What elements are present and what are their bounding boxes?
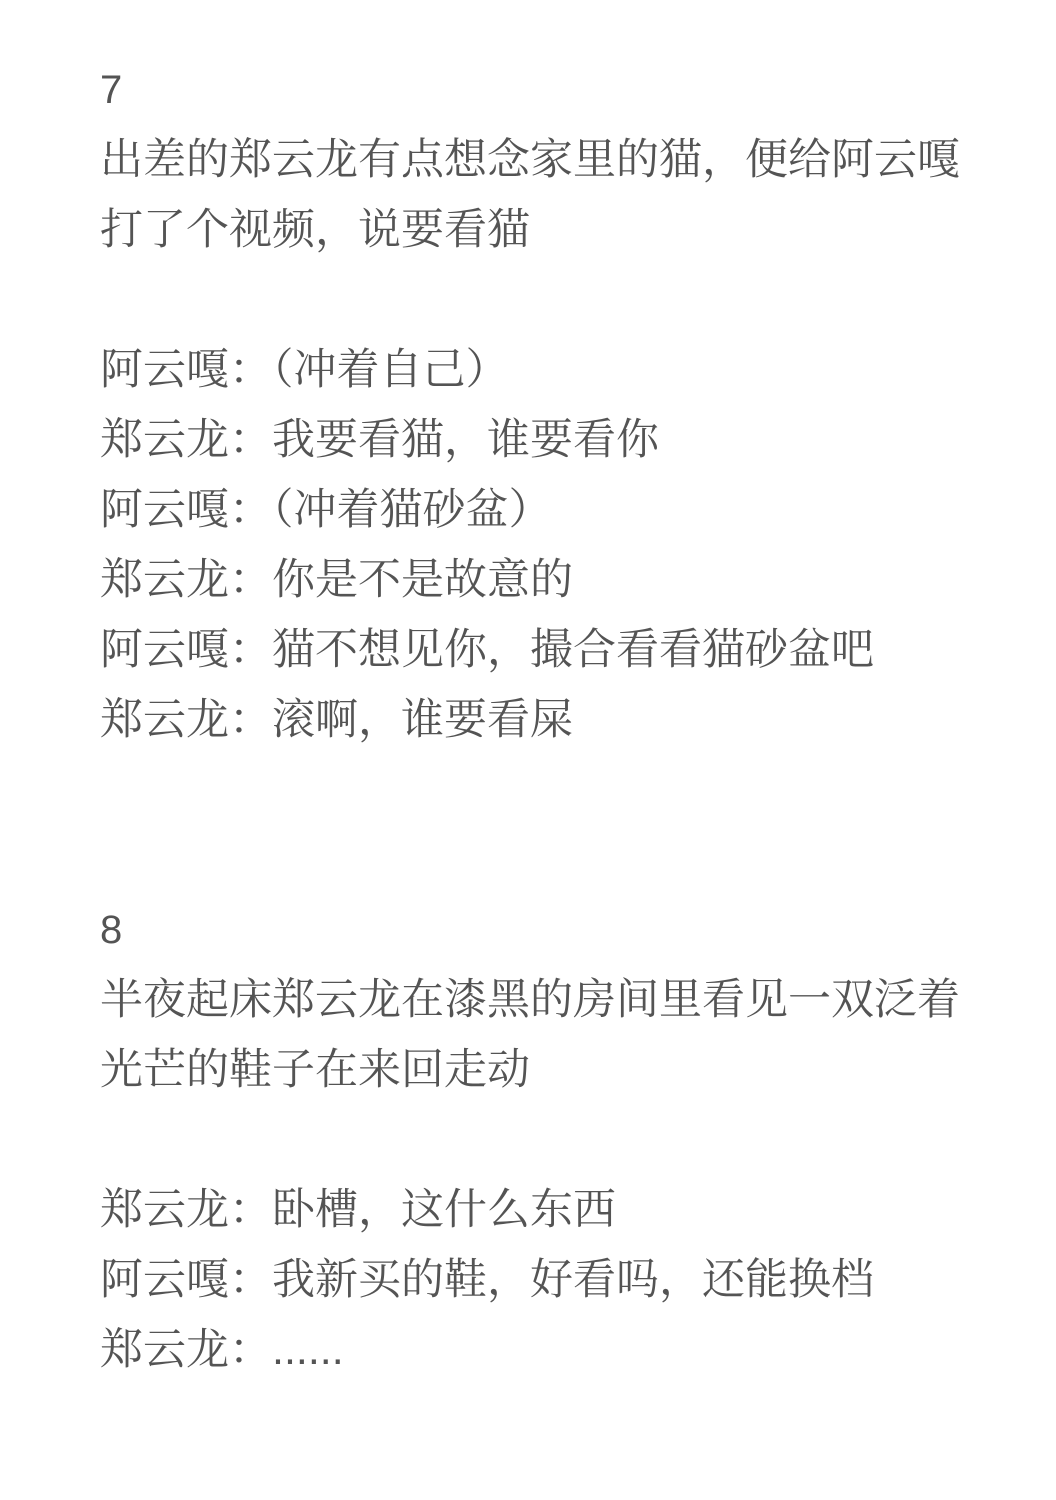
speaker-name: 郑云龙: [100, 416, 229, 464]
dialogue-line: 阿云嘎：我新买的鞋，好看吗，还能换档: [100, 1245, 1016, 1315]
dialogue-line: 郑云龙：卧槽，这什么东西: [100, 1175, 1016, 1245]
narration-line: 打了个视频，说要看猫: [100, 195, 1016, 265]
dialogue-line: 郑云龙：你是不是故意的: [100, 545, 1016, 615]
speaker-colon: ：: [229, 346, 272, 394]
section-number: 7: [100, 55, 1016, 125]
dialogue-text: 卧槽，这什么东西: [272, 1186, 616, 1234]
speaker-name: 郑云龙: [100, 1326, 229, 1374]
speaker-name: 阿云嘎: [100, 486, 229, 534]
speaker-colon: ：: [229, 416, 272, 464]
dialogue-text: （冲着猫砂盆）: [272, 486, 552, 534]
dialogue-text: （冲着自己）: [272, 346, 509, 394]
dialogue-line: 阿云嘎：猫不想见你，撮合看看猫砂盆吧: [100, 615, 1016, 685]
story-section-8: 8 半夜起床郑云龙在漆黑的房间里看见一双泛着 光芒的鞋子在来回走动 郑云龙：卧槽…: [100, 895, 1016, 1385]
narration-line: 出差的郑云龙有点想念家里的猫，便给阿云嘎: [100, 125, 1016, 195]
speaker-colon: ：: [229, 696, 272, 744]
narration-line: 光芒的鞋子在来回走动: [100, 1035, 1016, 1105]
speaker-name: 阿云嘎: [100, 626, 229, 674]
blank-line: [100, 1105, 1016, 1175]
blank-line: [100, 265, 1016, 335]
dialogue-text: 猫不想见你，撮合看看猫砂盆吧: [272, 626, 874, 674]
dialogue-text: 我新买的鞋，好看吗，还能换档: [272, 1256, 874, 1304]
speaker-colon: ：: [229, 626, 272, 674]
section-number: 8: [100, 895, 1016, 965]
dialogue-text: 我要看猫，谁要看你: [272, 416, 659, 464]
story-section-7: 7 出差的郑云龙有点想念家里的猫，便给阿云嘎 打了个视频，说要看猫 阿云嘎：（冲…: [100, 55, 1016, 755]
speaker-name: 郑云龙: [100, 696, 229, 744]
dialogue-line: 阿云嘎：（冲着自己）: [100, 335, 1016, 405]
dialogue-line: 郑云龙：......: [100, 1315, 1016, 1385]
speaker-colon: ：: [229, 1326, 272, 1374]
dialogue-line: 郑云龙：我要看猫，谁要看你: [100, 405, 1016, 475]
speaker-name: 郑云龙: [100, 556, 229, 604]
speaker-colon: ：: [229, 1256, 272, 1304]
story-page: 7 出差的郑云龙有点想念家里的猫，便给阿云嘎 打了个视频，说要看猫 阿云嘎：（冲…: [0, 0, 1056, 1500]
speaker-name: 阿云嘎: [100, 346, 229, 394]
section-divider-space: [100, 755, 1016, 895]
dialogue-line: 阿云嘎：（冲着猫砂盆）: [100, 475, 1016, 545]
dialogue-text: 你是不是故意的: [272, 556, 573, 604]
narration-line: 半夜起床郑云龙在漆黑的房间里看见一双泛着: [100, 965, 1016, 1035]
speaker-colon: ：: [229, 556, 272, 604]
speaker-colon: ：: [229, 486, 272, 534]
speaker-colon: ：: [229, 1186, 272, 1234]
dialogue-line: 郑云龙：滚啊，谁要看屎: [100, 685, 1016, 755]
speaker-name: 郑云龙: [100, 1186, 229, 1234]
dialogue-text: 滚啊，谁要看屎: [272, 696, 573, 744]
speaker-name: 阿云嘎: [100, 1256, 229, 1304]
dialogue-text: ......: [272, 1326, 344, 1374]
